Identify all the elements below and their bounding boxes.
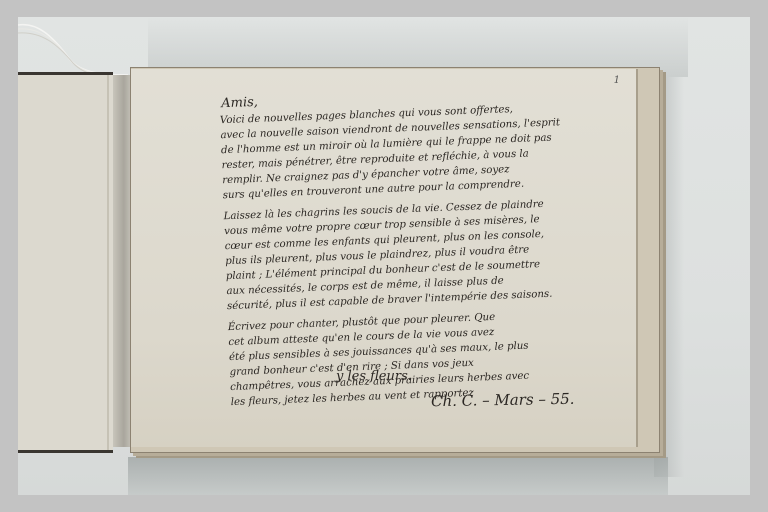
backdrop-shadow-bottom	[128, 457, 668, 495]
paragraph-1: Voici de nouvelles pages blanches qui vo…	[202, 97, 635, 203]
left-flyleaf-page	[18, 72, 113, 453]
handwritten-letter: Amis, Voici de nouvelles pages blanches …	[201, 80, 643, 416]
letter-closing: y les fleurs.	[336, 369, 412, 384]
paragraph-3: Écrivez pour chanter, plustôt que pour p…	[210, 304, 643, 410]
signature: Ch. C. – Mars – 55.	[431, 390, 575, 411]
book-gutter	[113, 75, 131, 447]
manuscript-page: 1 Amis, Voici de nouvelles pages blanche…	[131, 69, 638, 447]
spine-edge	[107, 75, 109, 450]
paragraph-2: Laissez là les chagrins les soucis de la…	[205, 193, 639, 314]
photograph: 1 Amis, Voici de nouvelles pages blanche…	[18, 17, 750, 495]
